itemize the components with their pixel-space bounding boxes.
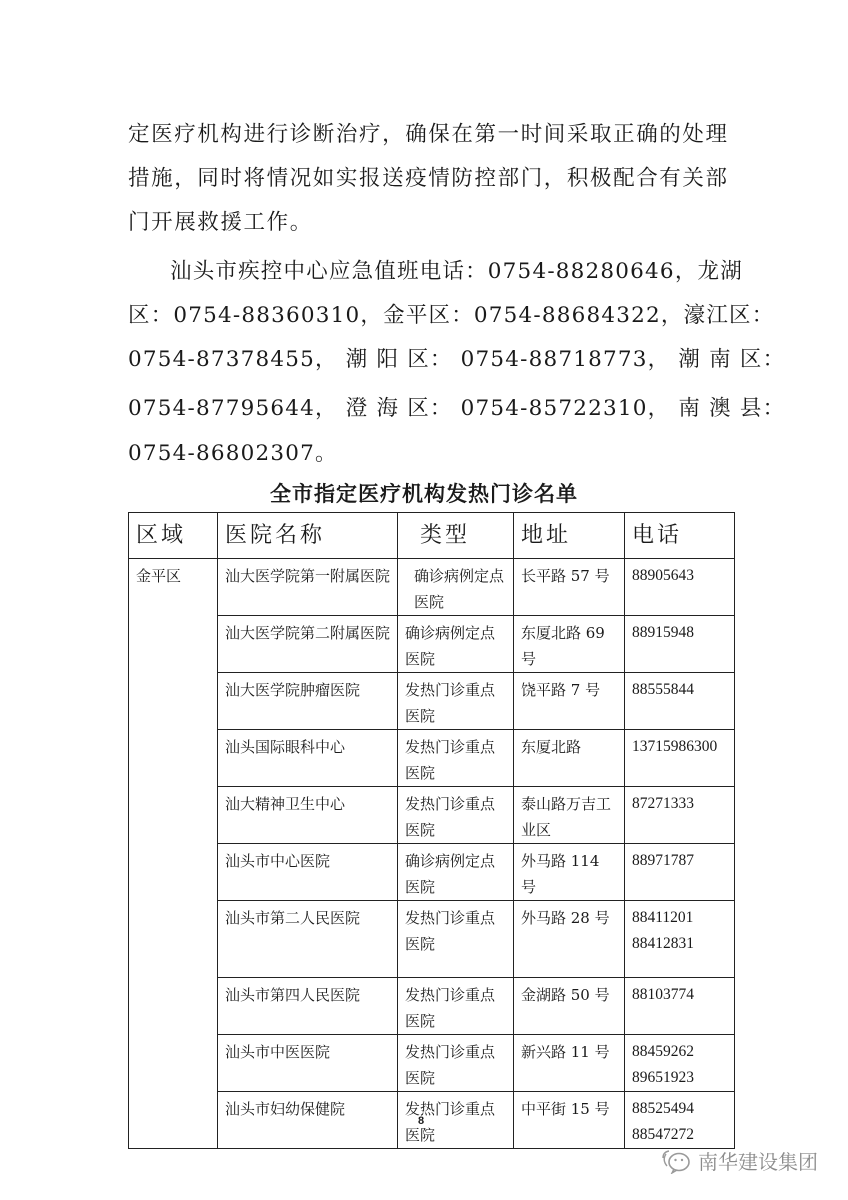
type-cell: 发热门诊重点医院 (398, 787, 514, 844)
watermark-label: 南华建设集团 (698, 1146, 818, 1175)
type-cell: 发热门诊重点医院 (398, 901, 514, 978)
phone-cell: 88971787 (625, 844, 735, 901)
district-cell: 金平区 (129, 559, 218, 1149)
address-cell: 东厦北路 69 号 (514, 616, 625, 673)
address-cell: 金湖路 50 号 (514, 978, 625, 1035)
text-line: 0754-87795644， 澄 海 区： 0754-85722310， 南 澳… (128, 391, 785, 422)
table-row: 汕头市第四人民医院发热门诊重点医院金湖路 50 号88103774 (129, 978, 735, 1035)
table-row: 金平区汕大医学院第一附属医院确诊病例定点医院长平路 57 号88905643 (129, 559, 735, 616)
type-cell: 确诊病例定点医院 (398, 616, 514, 673)
table-row: 汕头市中医医院发热门诊重点医院新兴路 11 号88459262 89651923 (129, 1035, 735, 1092)
hospital-name-cell: 汕大医学院第一附属医院 (218, 559, 398, 616)
address-cell: 长平路 57 号 (514, 559, 625, 616)
watermark: 南华建设集团 (660, 1146, 818, 1175)
phone-cell: 88905643 (625, 559, 735, 616)
hospital-name-cell: 汕头市妇幼保健院 (218, 1092, 398, 1149)
address-cell: 泰山路万吉工业区 (514, 787, 625, 844)
column-header-district: 区域 (129, 513, 218, 559)
column-header-type: 类型 (398, 513, 514, 559)
phone-cell: 88411201 88412831 (625, 901, 735, 978)
phone-cell: 87271333 (625, 787, 735, 844)
address-cell: 外马路 114 号 (514, 844, 625, 901)
phone-cell: 88459262 89651923 (625, 1035, 735, 1092)
address-cell: 外马路 28 号 (514, 901, 625, 978)
text-line: 定医疗机构进行诊断治疗，确保在第一时间采取正确的处理 (128, 117, 729, 148)
hospital-name-cell: 汕大医学院肿瘤医院 (218, 673, 398, 730)
hospital-name-cell: 汕大精神卫生中心 (218, 787, 398, 844)
phone-cell: 88103774 (625, 978, 735, 1035)
wechat-icon (660, 1148, 694, 1174)
text-line: 门开展救援工作。 (128, 205, 313, 236)
type-cell: 发热门诊重点医院 (398, 1035, 514, 1092)
column-header-hospital-name: 医院名称 (218, 513, 398, 559)
text-line: 汕头市疾控中心应急值班电话：0754-88280646，龙湖 (170, 254, 743, 285)
table-row: 汕头国际眼科中心发热门诊重点医院东厦北路13715986300 (129, 730, 735, 787)
table-row: 汕头市妇幼保健院发热门诊重点医院中平街 15 号88525494 8854727… (129, 1092, 735, 1149)
table-header-row: 区域 医院名称 类型 地址 电话 (129, 513, 735, 559)
column-header-address: 地址 (514, 513, 625, 559)
hospital-name-cell: 汕头市中医医院 (218, 1035, 398, 1092)
text-line: 区：0754-88360310，金平区：0754-88684322，濠江区： (128, 298, 774, 329)
page-number: 8 (418, 1115, 424, 1127)
text-line: 0754-86802307。 (128, 436, 338, 467)
hospital-name-cell: 汕头市第四人民医院 (218, 978, 398, 1035)
table-row: 汕大医学院肿瘤医院发热门诊重点医院饶平路 7 号88555844 (129, 673, 735, 730)
column-header-phone: 电话 (625, 513, 735, 559)
hospital-name-cell: 汕大医学院第二附属医院 (218, 616, 398, 673)
hospital-name-cell: 汕头市第二人民医院 (218, 901, 398, 978)
type-cell: 确诊病例定点医院 (398, 559, 514, 616)
address-cell: 饶平路 7 号 (514, 673, 625, 730)
phone-cell: 88555844 (625, 673, 735, 730)
table-row: 汕头市中心医院确诊病例定点医院外马路 114 号88971787 (129, 844, 735, 901)
type-cell: 发热门诊重点医院 (398, 1092, 514, 1149)
hospital-name-cell: 汕头国际眼科中心 (218, 730, 398, 787)
phone-cell: 88525494 88547272 (625, 1092, 735, 1149)
table-row: 汕头市第二人民医院发热门诊重点医院外马路 28 号88411201 884128… (129, 901, 735, 978)
address-cell: 新兴路 11 号 (514, 1035, 625, 1092)
table-title: 全市指定医疗机构发热门诊名单 (0, 478, 848, 508)
type-cell: 发热门诊重点医院 (398, 978, 514, 1035)
phone-cell: 88915948 (625, 616, 735, 673)
address-cell: 东厦北路 (514, 730, 625, 787)
hospital-table: 区域 医院名称 类型 地址 电话 金平区汕大医学院第一附属医院确诊病例定点医院长… (128, 512, 735, 1149)
table-row: 汕大精神卫生中心发热门诊重点医院泰山路万吉工业区87271333 (129, 787, 735, 844)
type-cell: 确诊病例定点医院 (398, 844, 514, 901)
text-line: 措施，同时将情况如实报送疫情防控部门，积极配合有关部 (128, 161, 729, 192)
type-cell: 发热门诊重点医院 (398, 673, 514, 730)
hospital-name-cell: 汕头市中心医院 (218, 844, 398, 901)
phone-cell: 13715986300 (625, 730, 735, 787)
table-row: 汕大医学院第二附属医院确诊病例定点医院东厦北路 69 号88915948 (129, 616, 735, 673)
text-line: 0754-87378455， 潮 阳 区： 0754-88718773， 潮 南… (128, 342, 785, 373)
type-cell: 发热门诊重点医院 (398, 730, 514, 787)
address-cell: 中平街 15 号 (514, 1092, 625, 1149)
